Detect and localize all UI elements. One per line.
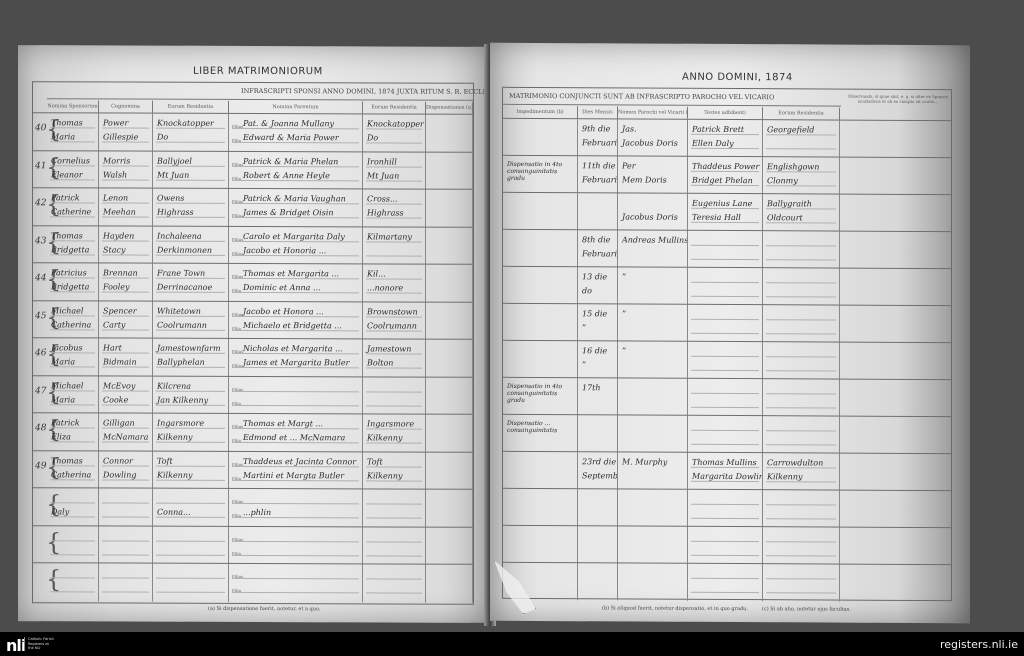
cell-parents-residence [363, 489, 426, 527]
handwritten-witnesses: Thaddeus Power [692, 162, 759, 171]
cell-parents: FiliusFiliaThomas et Margt ...Edmond et … [229, 414, 363, 452]
cell-names: Daly [47, 488, 99, 526]
handwritten-impediment: Dispensatio ... consanguinitatis [507, 420, 577, 434]
cell-observanda [840, 158, 950, 196]
filius-label: Filius [232, 574, 243, 579]
handwritten-surnames: Lenon [103, 193, 128, 202]
cell-surnames [99, 488, 153, 526]
filia-label: Filia [232, 475, 241, 480]
cell-residence: InchaleenaDerkinmonen [153, 226, 229, 264]
handwritten-witness-residence: Ballygraith [767, 199, 812, 208]
handwritten-witnesses: Bridget Phelan [692, 176, 753, 185]
cell-date: 15 die” [578, 304, 618, 341]
handwritten-parents: Edmond et ... McNamara [243, 433, 345, 442]
handwritten-priest: M. Murphy [622, 457, 667, 466]
handwritten-residence: Highrass [157, 208, 194, 217]
cell-observanda [840, 454, 950, 492]
register-entry-row: 45{MichaelCatherinaSpencerCartyWhitetown… [33, 300, 473, 340]
handwritten-parents-residence: Ingarsmore [367, 419, 414, 428]
handwritten-parents: Jacobo et Honoria ... [243, 245, 326, 254]
cell-impediment [503, 341, 578, 378]
cell-priest [618, 489, 688, 526]
handwritten-names: Catherine [51, 207, 91, 216]
entry-number: 47 [35, 386, 46, 396]
handwritten-residence: Owens [157, 194, 184, 203]
filius-label: Filius [232, 424, 243, 429]
cell-observanda [840, 306, 950, 344]
cell-names: CorneliusEleanor [47, 151, 99, 189]
handwritten-parents: Nicholas et Margarita ... [243, 344, 343, 353]
cell-residence: IngarsmoreKilkenny [153, 414, 229, 452]
register-entry-row: Dispensatio in 4to consanguinitatis grad… [503, 377, 951, 417]
handwritten-residence: Conna... [157, 508, 191, 517]
filia-label: Filia [232, 213, 241, 218]
handwritten-names: Catherina [51, 470, 91, 479]
cell-parents: FiliusFiliaThomas et Margarita ...Domini… [229, 264, 363, 302]
handwritten-residence: Frane Town [157, 269, 205, 278]
handwritten-surnames: Dowling [103, 470, 136, 479]
cell-parents-residence: IronhillMt Juan [363, 152, 426, 190]
register-entry-row: 48{PatrickElizaGilliganMcNamaraIngarsmor… [33, 412, 473, 452]
handwritten-names: Michael [51, 306, 83, 315]
register-entry-row: 42{PatrickCatherineLenonMeehanOwensHighr… [33, 187, 473, 227]
cell-residence: OwensHighrass [153, 189, 229, 227]
handwritten-parents: Dominic et Anna ... [243, 283, 321, 292]
handwritten-residence: Jan Kilkenny [157, 395, 208, 404]
handwritten-witnesses: Patrick Brett [692, 125, 744, 134]
cell-witnesses: Eugenius LaneTeresia Hall [688, 194, 763, 231]
cell-parents-residence [363, 377, 426, 415]
cell-names: MichaelMaria [47, 376, 99, 414]
handwritten-names: Eliza [51, 432, 71, 441]
cell-parents-residence: Cross...Highrass [363, 189, 426, 227]
cell-residence: KnockatopperDo [153, 114, 229, 152]
handwritten-date: Septembris [582, 471, 618, 480]
cell-residence: Conna... [153, 489, 229, 527]
handwritten-witness-residence: Englishgown [767, 162, 819, 171]
handwritten-parents-residence: Kilkenny [367, 471, 403, 480]
cell-priest: ” [618, 267, 688, 304]
handwritten-parents-residence: Jamestown [367, 344, 411, 353]
entry-number: 46 [35, 348, 46, 358]
handwritten-names: Patrick [51, 193, 80, 202]
cell-dispensation [426, 377, 473, 415]
handwritten-residence: Toft [157, 456, 173, 465]
handwritten-residence: Inchaleena [157, 231, 202, 240]
cell-witnesses: Thaddeus PowerBridget Phelan [688, 157, 763, 194]
cell-parents-residence: ToftKilkenny [363, 452, 426, 490]
handwritten-date: Februarii [582, 138, 618, 147]
register-entry-row: 40{ThomasMariaPowerGillespieKnockatopper… [33, 112, 473, 152]
filia-label: Filia [232, 325, 241, 330]
cell-names: ThomasMaria [47, 113, 99, 151]
cell-observanda [840, 232, 950, 270]
filius-label: Filius [232, 349, 243, 354]
handwritten-residence: Derrinacanoe [157, 283, 212, 292]
filia-label: Filia [232, 400, 241, 405]
handwritten-surnames: Stacy [103, 245, 125, 254]
cell-surnames [99, 526, 153, 564]
entry-number: 49 [35, 461, 46, 471]
handwritten-parents: Jacobo et Honora ... [243, 306, 324, 315]
handwritten-names: Thomas [51, 456, 83, 465]
handwritten-names: Maria [51, 132, 75, 141]
cell-impediment [503, 119, 578, 156]
cell-witnesses [688, 490, 763, 527]
handwritten-date: 15 die [582, 309, 607, 318]
cell-date: 9th dieFebruarii [578, 119, 618, 156]
handwritten-names: Patrick [51, 418, 80, 427]
cell-witness-residence [763, 564, 840, 601]
cell-priest: Jacobus Doris [618, 193, 688, 230]
handwritten-residence: Do [157, 133, 168, 142]
handwritten-date: 23rd die [582, 457, 616, 466]
handwritten-residence: Coolrumann [157, 320, 207, 329]
handwritten-names: Thomas [51, 231, 83, 240]
cell-observanda [840, 269, 950, 307]
handwritten-parents-residence: Cross... [367, 194, 398, 203]
filius-label: Filius [232, 311, 243, 316]
cell-surnames: SpencerCarty [99, 301, 153, 339]
left-column-header: Cognomina [99, 100, 153, 112]
cell-priest: ” [618, 341, 688, 378]
handwritten-date: 16 die [582, 346, 607, 355]
handwritten-names: Catherina [51, 320, 91, 329]
cell-names: JacobusMaria [47, 338, 99, 376]
handwritten-residence: Kilkenny [157, 470, 193, 479]
handwritten-priest: ” [622, 346, 626, 355]
handwritten-date: 8th die [582, 235, 610, 244]
handwritten-parents-residence: Highrass [367, 208, 404, 217]
handwritten-parents: Thaddeus et Jacinta Connor [243, 456, 356, 465]
handwritten-date: 9th die [582, 124, 610, 133]
cell-priest [618, 378, 688, 415]
cell-witnesses [688, 231, 763, 268]
left-column-header: Eorum Residentia [363, 101, 426, 113]
handwritten-names: Eleanor [51, 170, 83, 179]
cell-parents: FiliusFilia [229, 376, 363, 414]
handwritten-residence: Kilcrena [157, 381, 191, 390]
cell-parents-residence: Kil......nonore [363, 264, 426, 302]
left-register-table: INFRASCRIPTI SPONSI ANNO DOMINI, 1874 JU… [32, 81, 474, 605]
handwritten-date: do [582, 286, 592, 295]
handwritten-surnames: Power [103, 118, 128, 127]
filius-label: Filius [232, 199, 243, 204]
cell-names: PatrickCatherine [47, 188, 99, 226]
cell-impediment [503, 489, 578, 526]
handwritten-names: Maria [51, 357, 75, 366]
filia-label: Filia [232, 175, 241, 180]
cell-residence: BallyjoelMt Juan [153, 151, 229, 189]
document-viewer[interactable]: LIBER MATRIMONIORUM INFRASCRIPTI SPONSI … [0, 0, 1024, 632]
cell-date [578, 489, 618, 526]
handwritten-residence: Derkinmonen [157, 245, 212, 254]
cell-dispensation [426, 340, 473, 378]
handwritten-parents: James & Bridget Oisin [243, 208, 334, 217]
filia-label: Filia [232, 438, 241, 443]
register-entry-row: 41{CorneliusEleanorMorrisWalshBallyjoelM… [33, 150, 473, 190]
cell-parents: FiliusFiliaNicholas et Margarita ...Jame… [229, 339, 363, 377]
handwritten-surnames: Spencer [103, 306, 137, 315]
cell-dispensation [426, 152, 473, 190]
handwritten-parents-residence: ...nonore [367, 283, 403, 292]
left-column-header: Dispensationes (a) [426, 102, 473, 114]
cell-witness-residence [763, 490, 840, 527]
cell-names: PatrickEliza [47, 413, 99, 451]
right-footnote-b: (b) Si aliquod fuerit, notetur dispensat… [602, 605, 748, 612]
handwritten-surnames: Gilligan [103, 418, 135, 427]
handwritten-parents-residence: Kilmartany [367, 232, 412, 241]
cell-dispensation [426, 490, 473, 528]
cell-priest: Andreas Mullins [618, 230, 688, 267]
handwritten-parents: Michaelo et Bridgetta ... [243, 320, 342, 329]
cell-names [47, 563, 99, 601]
cell-witnesses [688, 268, 763, 305]
cell-priest [618, 526, 688, 563]
filia-label: Filia [232, 250, 241, 255]
right-column-header: Nomen Parochi vel Vicarii (c) [618, 106, 688, 118]
handwritten-priest: Mem Doris [622, 175, 667, 184]
cell-dispensation [426, 302, 473, 340]
cell-date: 8th dieFebruarii [578, 230, 618, 267]
observanda-note: Observanda, si quae sint, e. g. si alter… [848, 94, 948, 105]
filius-label: Filius [232, 161, 243, 166]
right-column-header: Dies Mensis [578, 106, 618, 118]
cell-impediment: Dispensatio in 4to consanguinitatis grad… [503, 378, 578, 415]
nli-logo[interactable]: nli [6, 636, 25, 655]
handwritten-date: Februarii [582, 175, 618, 184]
left-page: LIBER MATRIMONIORUM INFRASCRIPTI SPONSI … [18, 45, 490, 623]
cell-parents-residence: Kilmartany [363, 227, 426, 265]
cell-date [578, 563, 618, 600]
right-banner: MATRIMONIO CONJUNCTI SUNT AB INFRASCRIPT… [509, 92, 774, 101]
site-link[interactable]: registers.nli.ie [940, 638, 1018, 651]
register-entry-row [503, 562, 951, 602]
cell-residence: WhitetownCoolrumann [153, 301, 229, 339]
handwritten-parents-residence: Toft [367, 457, 383, 466]
handwritten-parents: Patrick & Maria Vaughan [243, 194, 346, 203]
handwritten-witnesses: Ellen Daly [692, 139, 734, 148]
cell-parents: FiliusFilia [229, 564, 363, 602]
cell-surnames: BrennanFooley [99, 263, 153, 301]
cell-witnesses [688, 527, 763, 564]
entry-number: 40 [35, 123, 46, 133]
handwritten-parents: Patrick & Maria Phelan [243, 156, 338, 165]
nli-logo-subtitle: Catholic Parish Registers at the NLI [24, 637, 54, 651]
right-column-header: Impedimentum (b) [503, 106, 578, 118]
cell-witness-residence [763, 527, 840, 564]
handwritten-parents: James et Margarita Butler [243, 358, 349, 367]
filia-label: Filia [232, 363, 241, 368]
cell-observanda [840, 195, 950, 233]
cell-observanda [840, 121, 950, 159]
handwritten-parents: ...phlin [243, 508, 271, 517]
handwritten-priest: Andreas Mullins [622, 235, 688, 244]
register-entry-row: 49{ThomasCatherinaConnorDowlingToftKilke… [33, 450, 473, 490]
handwritten-parents: Robert & Anne Heyle [243, 170, 330, 179]
left-banner: INFRASCRIPTI SPONSI ANNO DOMINI, 1874 JU… [241, 87, 501, 96]
cell-witness-residence: Georgefield [763, 120, 840, 157]
handwritten-parents: Carolo et Margarita Daly [243, 231, 345, 240]
cell-names: PatriciusBridgetta [47, 263, 99, 301]
cell-impediment: Dispensatio ... consanguinitatis [503, 415, 578, 452]
cell-observanda [840, 380, 950, 418]
handwritten-surnames: Walsh [103, 170, 127, 179]
left-column-header: Eorum Residentia [153, 101, 229, 113]
handwritten-names: Daly [51, 507, 69, 516]
handwritten-date: Februarii [582, 249, 618, 258]
handwritten-surnames: McNamara [103, 432, 148, 441]
cell-observanda [840, 528, 950, 566]
handwritten-witnesses: Teresia Hall [692, 213, 741, 222]
entry-number: 41 [35, 161, 46, 171]
cell-names: ThomasCatherina [47, 451, 99, 489]
cell-witness-residence [763, 379, 840, 416]
register-entry-row: Dispensatio in 4to consanguinitatis grad… [503, 155, 951, 195]
cell-dispensation [426, 115, 473, 153]
footer-bar: nli Catholic Parish Registers at the NLI… [0, 632, 1024, 656]
entry-number: 45 [35, 311, 46, 321]
cell-observanda [840, 565, 950, 603]
register-entry-row: {FiliusFilia [33, 562, 473, 602]
cell-residence: KilcrenaJan Kilkenny [153, 376, 229, 414]
handwritten-names: Michael [51, 381, 83, 390]
cell-date [578, 415, 618, 452]
cell-priest [618, 563, 688, 600]
cell-surnames: LenonMeehan [99, 188, 153, 226]
register-entry-row: {FiliusFilia [33, 525, 473, 565]
handwritten-surnames: Fooley [103, 282, 130, 291]
handwritten-parents: Thomas et Margt ... [243, 419, 323, 428]
filius-label: Filius [232, 461, 243, 466]
filia-label: Filia [232, 550, 241, 555]
cell-names: MichaelCatherina [47, 301, 99, 339]
register-title: LIBER MATRIMONIORUM [193, 66, 323, 77]
handwritten-impediment: Dispensatio in 4to consanguinitatis grad… [507, 161, 577, 182]
register-entry-row: 13 diedo” [503, 266, 951, 306]
handwritten-residence: Jamestownfarm [157, 344, 221, 353]
register-entry-row: Jacobus DorisEugenius LaneTeresia HallBa… [503, 192, 951, 232]
register-entry-row: 16 die”” [503, 340, 951, 380]
cell-parents: FiliusFiliaPatrick & Maria VaughanJames … [229, 189, 363, 227]
handwritten-parents-residence: Knockatopper [367, 119, 424, 128]
handwritten-date: 13 die [582, 272, 607, 281]
cell-parents: FiliusFilia...phlin [229, 489, 363, 527]
filia-label: Filia [232, 513, 241, 518]
left-column-header: Nomina Parentum [229, 101, 363, 113]
handwritten-surnames: Hayden [103, 231, 134, 240]
handwritten-impediment: Dispensatio in 4to consanguinitatis grad… [507, 383, 577, 404]
cell-observanda [840, 343, 950, 381]
entry-number: 48 [35, 423, 46, 433]
handwritten-parents: Martini et Margta Butler [243, 470, 344, 479]
handwritten-residence: Ballyjoel [157, 156, 192, 165]
cell-surnames: HartBidmain [99, 338, 153, 376]
cell-surnames: PowerGillespie [99, 113, 153, 151]
handwritten-parents: Edward & Maria Power [243, 133, 339, 142]
cell-witnesses [688, 564, 763, 601]
handwritten-witness-residence: Clonmy [767, 176, 798, 185]
cell-residence: Frane TownDerrinacanoe [153, 264, 229, 302]
cell-names: ThomasBridgetta [47, 226, 99, 264]
cell-witness-residence [763, 305, 840, 342]
handwritten-residence: Ingarsmore [157, 419, 204, 428]
register-entry-row: 47{MichaelMariaMcEvoyCookeKilcrenaJan Ki… [33, 375, 473, 415]
handwritten-date: ” [582, 323, 586, 332]
cell-impediment [503, 304, 578, 341]
cell-dispensation [426, 452, 473, 490]
cell-witnesses [688, 342, 763, 379]
handwritten-date: ” [582, 360, 586, 369]
cell-parents-residence: JamestownBolton [363, 339, 426, 377]
cell-witnesses: Patrick BrettEllen Daly [688, 120, 763, 157]
cell-parents: FiliusFilia [229, 526, 363, 564]
handwritten-names: Bridgetta [51, 245, 89, 254]
handwritten-witnesses: Eugenius Lane [692, 199, 752, 208]
cell-surnames: HaydenStacy [99, 226, 153, 264]
cell-impediment [503, 267, 578, 304]
right-footnote-c: (c) Si ab alio, notetur ejus facultas. [762, 606, 851, 612]
handwritten-parents: Pat. & Joanna Mullany [243, 119, 334, 128]
cell-priest: PerMem Doris [618, 156, 688, 193]
filius-label: Filius [232, 536, 243, 541]
handwritten-surnames: Bidmain [103, 357, 137, 366]
handwritten-priest: ” [622, 272, 626, 281]
handwritten-priest: Jacobus Doris [622, 212, 678, 221]
cell-priest: Jas.Jacobus Doris [618, 119, 688, 156]
cell-witness-residence: CarrowdultonKilkenny [763, 453, 840, 490]
handwritten-residence: Mt Juan [157, 170, 189, 179]
handwritten-priest: Jacobus Doris [622, 138, 678, 147]
handwritten-names: Thomas [51, 118, 83, 127]
cell-parents: FiliusFiliaThaddeus et Jacinta ConnorMar… [229, 451, 363, 489]
right-column-header: Eorum Residentia [763, 107, 840, 119]
handwritten-parents-residence: Bolton [367, 358, 393, 367]
handwritten-surnames: Carty [103, 320, 125, 329]
cell-witness-residence [763, 231, 840, 268]
right-page: ANNO DOMINI, 1874 MATRIMONIO CONJUNCTI S… [490, 43, 970, 624]
cell-date: 16 die” [578, 341, 618, 378]
handwritten-parents-residence: Mt Juan [367, 171, 399, 180]
right-column-header: Testes adhibenti [688, 107, 763, 119]
handwritten-priest: ” [622, 309, 626, 318]
filius-label: Filius [232, 236, 243, 241]
cell-date [578, 526, 618, 563]
handwritten-surnames: Cooke [103, 395, 128, 404]
right-register-table: MATRIMONIO CONJUNCTI SUNT AB INFRASCRIPT… [502, 87, 952, 601]
cell-date: 23rd dieSeptembris [578, 452, 618, 489]
handwritten-residence: Ballyphelan [157, 358, 205, 367]
cell-parents-residence: KnockatopperDo [363, 114, 426, 152]
cell-names [47, 526, 99, 564]
register-entry-row: Dispensatio ... consanguinitatis [503, 414, 951, 454]
handwritten-priest: Jas. [622, 124, 637, 133]
cell-parents-residence [363, 564, 426, 602]
cell-residence [153, 526, 229, 564]
handwritten-names: Maria [51, 395, 75, 404]
cell-date: 17th [578, 378, 618, 415]
handwritten-date: 17th [582, 383, 601, 392]
cell-parents: FiliusFiliaPatrick & Maria PhelanRobert … [229, 151, 363, 189]
handwritten-parents-residence: Do [367, 133, 378, 142]
cell-witness-residence: EnglishgownClonmy [763, 157, 840, 194]
cell-parents-residence [363, 527, 426, 565]
handwritten-parents-residence: Brownstown [367, 307, 418, 316]
handwritten-date: 11th die [582, 161, 616, 170]
filius-label: Filius [232, 274, 243, 279]
cell-witnesses [688, 416, 763, 453]
handwritten-surnames: Meehan [103, 207, 136, 216]
